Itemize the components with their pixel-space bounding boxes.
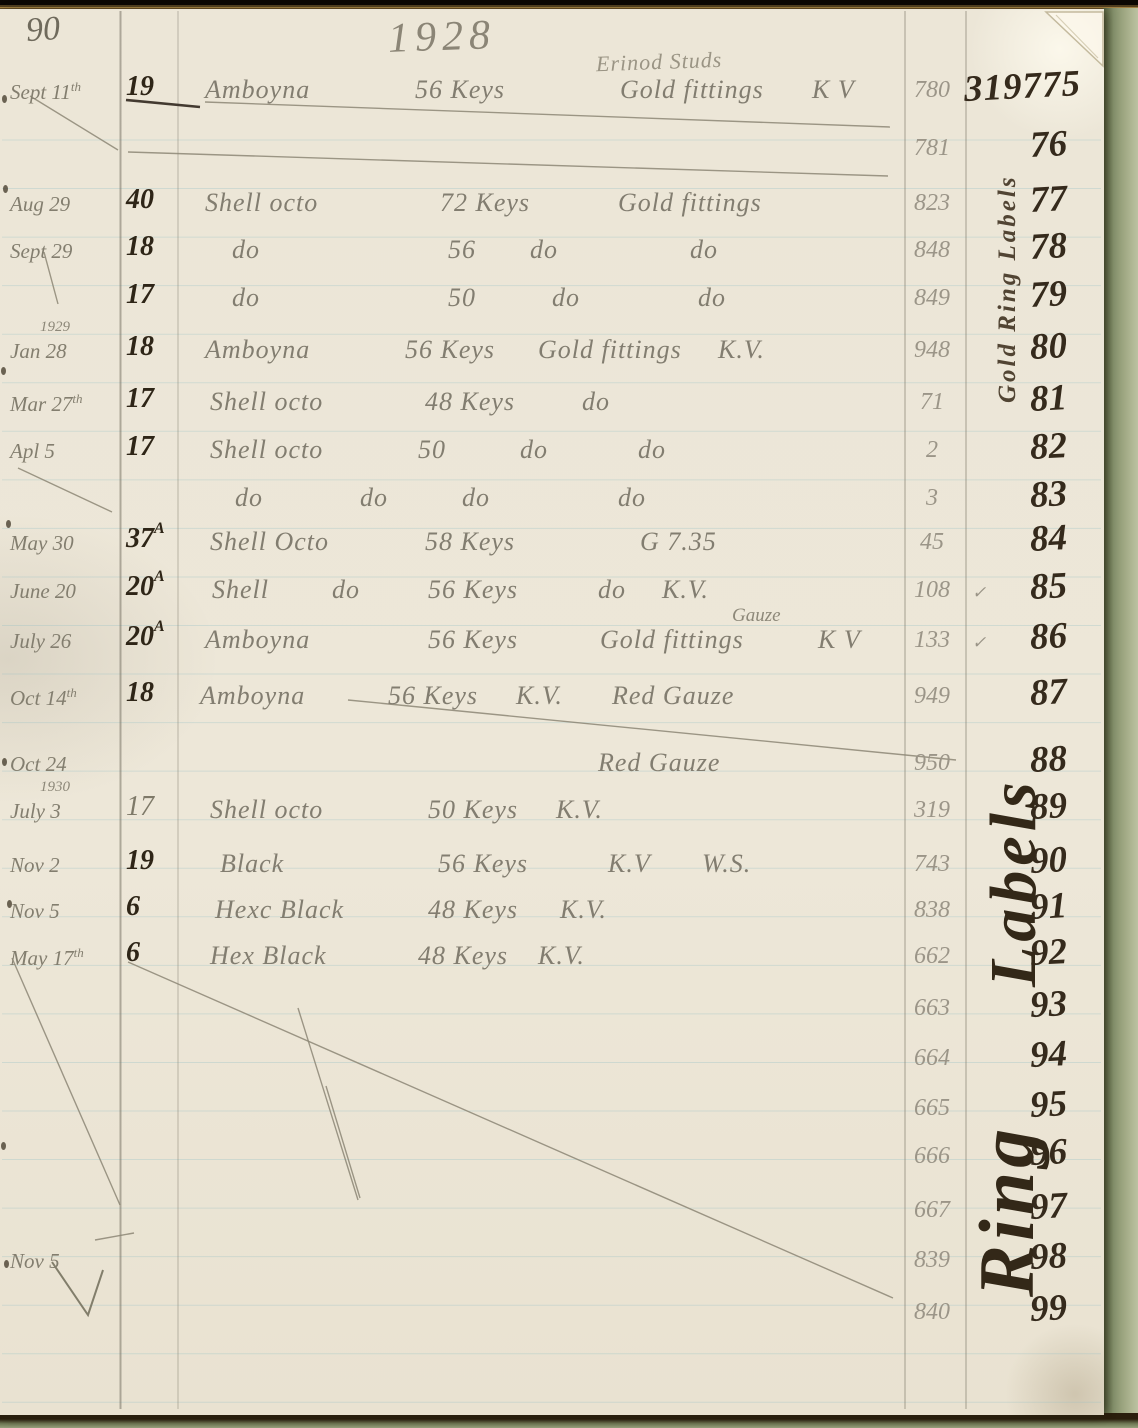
description-segment: G 7.35 — [640, 527, 717, 557]
ring-label-number: 93 — [1029, 982, 1068, 1027]
entry-date: Oct 24 — [10, 752, 67, 777]
binding-hole-speck — [3, 185, 8, 193]
entry-date: Apl 5 — [10, 439, 55, 464]
book-serial-number: 2 — [901, 437, 963, 464]
entry-date: Sept 11th — [10, 79, 81, 105]
binding-hole-speck — [2, 758, 7, 766]
description-segment: 56 Keys — [405, 335, 495, 365]
quantity: 19 — [126, 845, 154, 877]
entry-date: Nov 5 — [10, 1249, 60, 1274]
ledger-row: May 17th6Hex Black48 KeysK.V.66292 — [0, 937, 1104, 989]
book-serial-number: 838 — [901, 897, 963, 924]
entry-date: June 20 — [10, 579, 76, 604]
description-segment: Shell octo — [205, 188, 318, 218]
description-segment: Shell — [212, 575, 269, 605]
ring-label-number: 81 — [1029, 376, 1068, 421]
description-segment: 72 Keys — [440, 188, 530, 218]
description-segment: do — [360, 483, 388, 513]
ring-label-number: 319775 — [963, 62, 1082, 111]
ledger-row: 66797 — [0, 1191, 1104, 1243]
binding-hole-speck — [2, 95, 7, 103]
description-segment: do — [462, 483, 490, 513]
description-segment: do — [552, 283, 580, 313]
book-serial-number: 840 — [901, 1299, 963, 1326]
book-serial-number: 949 — [901, 683, 963, 710]
ledger-row: 84099 — [0, 1293, 1104, 1345]
ledger-row: 66494 — [0, 1039, 1104, 1091]
ledger-row: July 2620AAmboyna56 KeysGold fittingsK V… — [0, 621, 1104, 673]
description-segment: Amboyna — [200, 681, 305, 711]
ledger-row: Oct 24Red Gauze95088 — [0, 744, 1104, 796]
description-segment: K.V. — [662, 575, 709, 605]
scanned-ledger-page: 90 1928 Erinod Studs Sept 11th19Amboyna5… — [0, 0, 1138, 1428]
book-serial-number: 839 — [901, 1247, 963, 1274]
description-segment: Gold fittings — [620, 75, 764, 105]
ledger-row: May 3037AShell Octo58 KeysG 7.354584 — [0, 523, 1104, 575]
description-segment: 58 Keys — [425, 527, 515, 557]
quantity: 17 — [126, 383, 154, 415]
quantity: 6 — [126, 937, 140, 969]
book-serial-number: 108 — [901, 577, 963, 604]
book-serial-number: 319 — [901, 797, 963, 824]
ring-label-number: 82 — [1029, 424, 1068, 469]
entry-date: Oct 14th — [10, 685, 77, 711]
ring-label-number: 78 — [1029, 224, 1068, 269]
description-segment: do — [232, 235, 260, 265]
book-serial-number: 664 — [901, 1045, 963, 1072]
year-note: 1929 — [40, 319, 70, 336]
description-segment: K V — [818, 625, 861, 655]
description-segment: 56 Keys — [428, 625, 518, 655]
description-segment: 50 — [418, 435, 446, 465]
description-note: Gauze — [732, 605, 781, 627]
description-segment: do — [332, 575, 360, 605]
book-serial-number: 743 — [901, 851, 963, 878]
description-segment: Red Gauze — [598, 748, 720, 778]
book-serial-number: 848 — [901, 237, 963, 264]
description-segment: do — [598, 575, 626, 605]
ledger-row: 66696 — [0, 1137, 1104, 1189]
description-segment: do — [690, 235, 718, 265]
ledger-row: 17do50dodo84979 — [0, 279, 1104, 331]
entry-date: Aug 29 — [10, 192, 70, 217]
ledger-row: Sept 11th19Amboyna56 KeysGold fittingsK … — [0, 71, 1104, 123]
ring-label-number: 80 — [1029, 324, 1068, 369]
background-right-margin — [1103, 8, 1138, 1428]
checkmark: ✓ — [972, 583, 986, 603]
description-segment: K.V. — [538, 941, 585, 971]
description-segment: Shell Octo — [210, 527, 329, 557]
quantity: 17 — [126, 431, 154, 463]
entry-date: Nov 5 — [10, 899, 60, 924]
description-segment: Shell octo — [210, 435, 323, 465]
description-segment: 56 Keys — [415, 75, 505, 105]
book-serial-number: 667 — [901, 1197, 963, 1224]
quantity: 40 — [126, 184, 154, 216]
description-segment: 56 — [448, 235, 476, 265]
description-segment: do — [232, 283, 260, 313]
ledger-row: Sept 2918do56dodo84878 — [0, 231, 1104, 283]
book-serial-number: 133 — [901, 627, 963, 654]
description-segment: Black — [220, 849, 284, 879]
year-heading: 1928 — [387, 11, 497, 63]
ledger-row: Nov 583998 — [0, 1241, 1104, 1293]
entry-date: July 3 — [10, 799, 61, 824]
ledger-row: 78176 — [0, 129, 1104, 181]
book-serial-number: 948 — [901, 337, 963, 364]
ledger-row: June 2020AShelldo56 KeysdoK.V.108✓85 — [0, 571, 1104, 623]
ledger-row: July 3193017Shell octo50 KeysK.V.31989 — [0, 791, 1104, 843]
description-segment: Hex Black — [210, 941, 327, 971]
ledger-row: Oct 14th18Amboyna56 KeysK.V.Red Gauze949… — [0, 677, 1104, 729]
description-segment: 48 Keys — [418, 941, 508, 971]
ledger-row: 66393 — [0, 989, 1104, 1041]
book-serial-number: 663 — [901, 995, 963, 1022]
ledger-row: Mar 27th17Shell octo48 Keysdo7181 — [0, 383, 1104, 435]
binding-hole-speck — [6, 520, 11, 528]
page-number: 90 — [25, 10, 62, 50]
description-segment: Gold fittings — [600, 625, 744, 655]
description-segment: 56 Keys — [428, 575, 518, 605]
description-segment: K.V. — [560, 895, 607, 925]
binding-hole-speck — [1, 1142, 6, 1150]
quantity: 17 — [126, 279, 154, 311]
ring-label-number: 84 — [1029, 516, 1068, 561]
book-serial-number: 781 — [901, 135, 963, 162]
description-segment: 50 — [448, 283, 476, 313]
description-segment: do — [235, 483, 263, 513]
ledger-row: Jan 28192918Amboyna56 KeysGold fittingsK… — [0, 331, 1104, 383]
book-serial-number: 662 — [901, 943, 963, 970]
entry-date: May 30 — [10, 531, 74, 556]
book-serial-number: 666 — [901, 1143, 963, 1170]
page-corner-crease — [1046, 12, 1103, 66]
entry-date: Nov 2 — [10, 853, 60, 878]
book-serial-number: 780 — [901, 77, 963, 104]
margin-note-gold-ring-labels: Gold Ring Labels — [994, 111, 1022, 403]
quantity: 19 — [126, 71, 154, 103]
description-segment: Hexc Black — [215, 895, 344, 925]
description-segment: Red Gauze — [612, 681, 734, 711]
description-segment: Gold fittings — [538, 335, 682, 365]
description-segment: K.V. — [516, 681, 563, 711]
book-serial-number: 71 — [901, 389, 963, 416]
description-segment: 50 Keys — [428, 795, 518, 825]
quantity: 20A — [126, 621, 165, 653]
description-segment: W.S. — [702, 849, 751, 879]
description-segment: 48 Keys — [425, 387, 515, 417]
binding-hole-speck — [1, 367, 6, 375]
entry-date: Sept 29 — [10, 239, 72, 264]
description-segment: Shell octo — [210, 387, 323, 417]
year-note: 1930 — [40, 779, 70, 796]
book-serial-number: 849 — [901, 285, 963, 312]
description-segment: K.V — [608, 849, 651, 879]
book-serial-number: 3 — [901, 485, 963, 512]
ledger-row: 66595 — [0, 1089, 1104, 1141]
description-segment: Amboyna — [205, 75, 310, 105]
description-segment: Amboyna — [205, 625, 310, 655]
description-segment: Gold fittings — [618, 188, 762, 218]
quantity: 18 — [126, 231, 154, 263]
ledger-paper: 90 1928 Erinod Studs Sept 11th19Amboyna5… — [0, 9, 1104, 1415]
ledger-row: Nov 56Hexc Black48 KeysK.V.83891 — [0, 891, 1104, 943]
book-serial-number: 665 — [901, 1095, 963, 1122]
binding-hole-speck — [4, 1260, 9, 1268]
description-segment: do — [638, 435, 666, 465]
description-segment: K.V. — [718, 335, 765, 365]
description-segment: 56 Keys — [438, 849, 528, 879]
description-segment: K.V. — [556, 795, 603, 825]
entry-date: July 26 — [10, 629, 71, 654]
ring-label-number: 77 — [1029, 177, 1068, 222]
entry-date: Mar 27th — [10, 391, 83, 417]
ring-label-number: 76 — [1029, 122, 1068, 167]
ring-label-number: 83 — [1029, 472, 1068, 517]
ring-label-number: 79 — [1029, 272, 1068, 317]
book-serial-number: 45 — [901, 529, 963, 556]
ledger-row: Aug 2940Shell octo72 KeysGold fittings82… — [0, 184, 1104, 236]
description-segment: do — [618, 483, 646, 513]
ring-label-number: 85 — [1029, 564, 1068, 609]
entry-date: Jan 28 — [10, 339, 67, 364]
binding-hole-speck — [7, 900, 12, 908]
book-serial-number: 950 — [901, 750, 963, 777]
ledger-row: Nov 219Black56 KeysK.VW.S.74390 — [0, 845, 1104, 897]
margin-note-ring-word: Ring — [962, 1027, 1052, 1297]
description-segment: Shell octo — [210, 795, 323, 825]
description-segment: do — [530, 235, 558, 265]
quantity: 17 — [126, 791, 154, 823]
description-segment: do — [698, 283, 726, 313]
description-segment: Amboyna — [205, 335, 310, 365]
description-segment: 48 Keys — [428, 895, 518, 925]
quantity: 18 — [126, 677, 154, 709]
quantity: 20A — [126, 571, 165, 603]
description-segment: K V — [812, 75, 855, 105]
quantity: 37A — [126, 523, 165, 555]
book-serial-number: 823 — [901, 190, 963, 217]
background-bottom-edge — [0, 1413, 1138, 1428]
description-segment: do — [520, 435, 548, 465]
margin-note-labels-word: Labels — [976, 617, 1052, 987]
ledger-row: Apl 517Shell octo50dodo282 — [0, 431, 1104, 483]
quantity: 6 — [126, 891, 140, 923]
description-segment: do — [582, 387, 610, 417]
entry-date: May 17th — [10, 945, 84, 971]
quantity: 18 — [126, 331, 154, 363]
description-segment: 56 Keys — [388, 681, 478, 711]
